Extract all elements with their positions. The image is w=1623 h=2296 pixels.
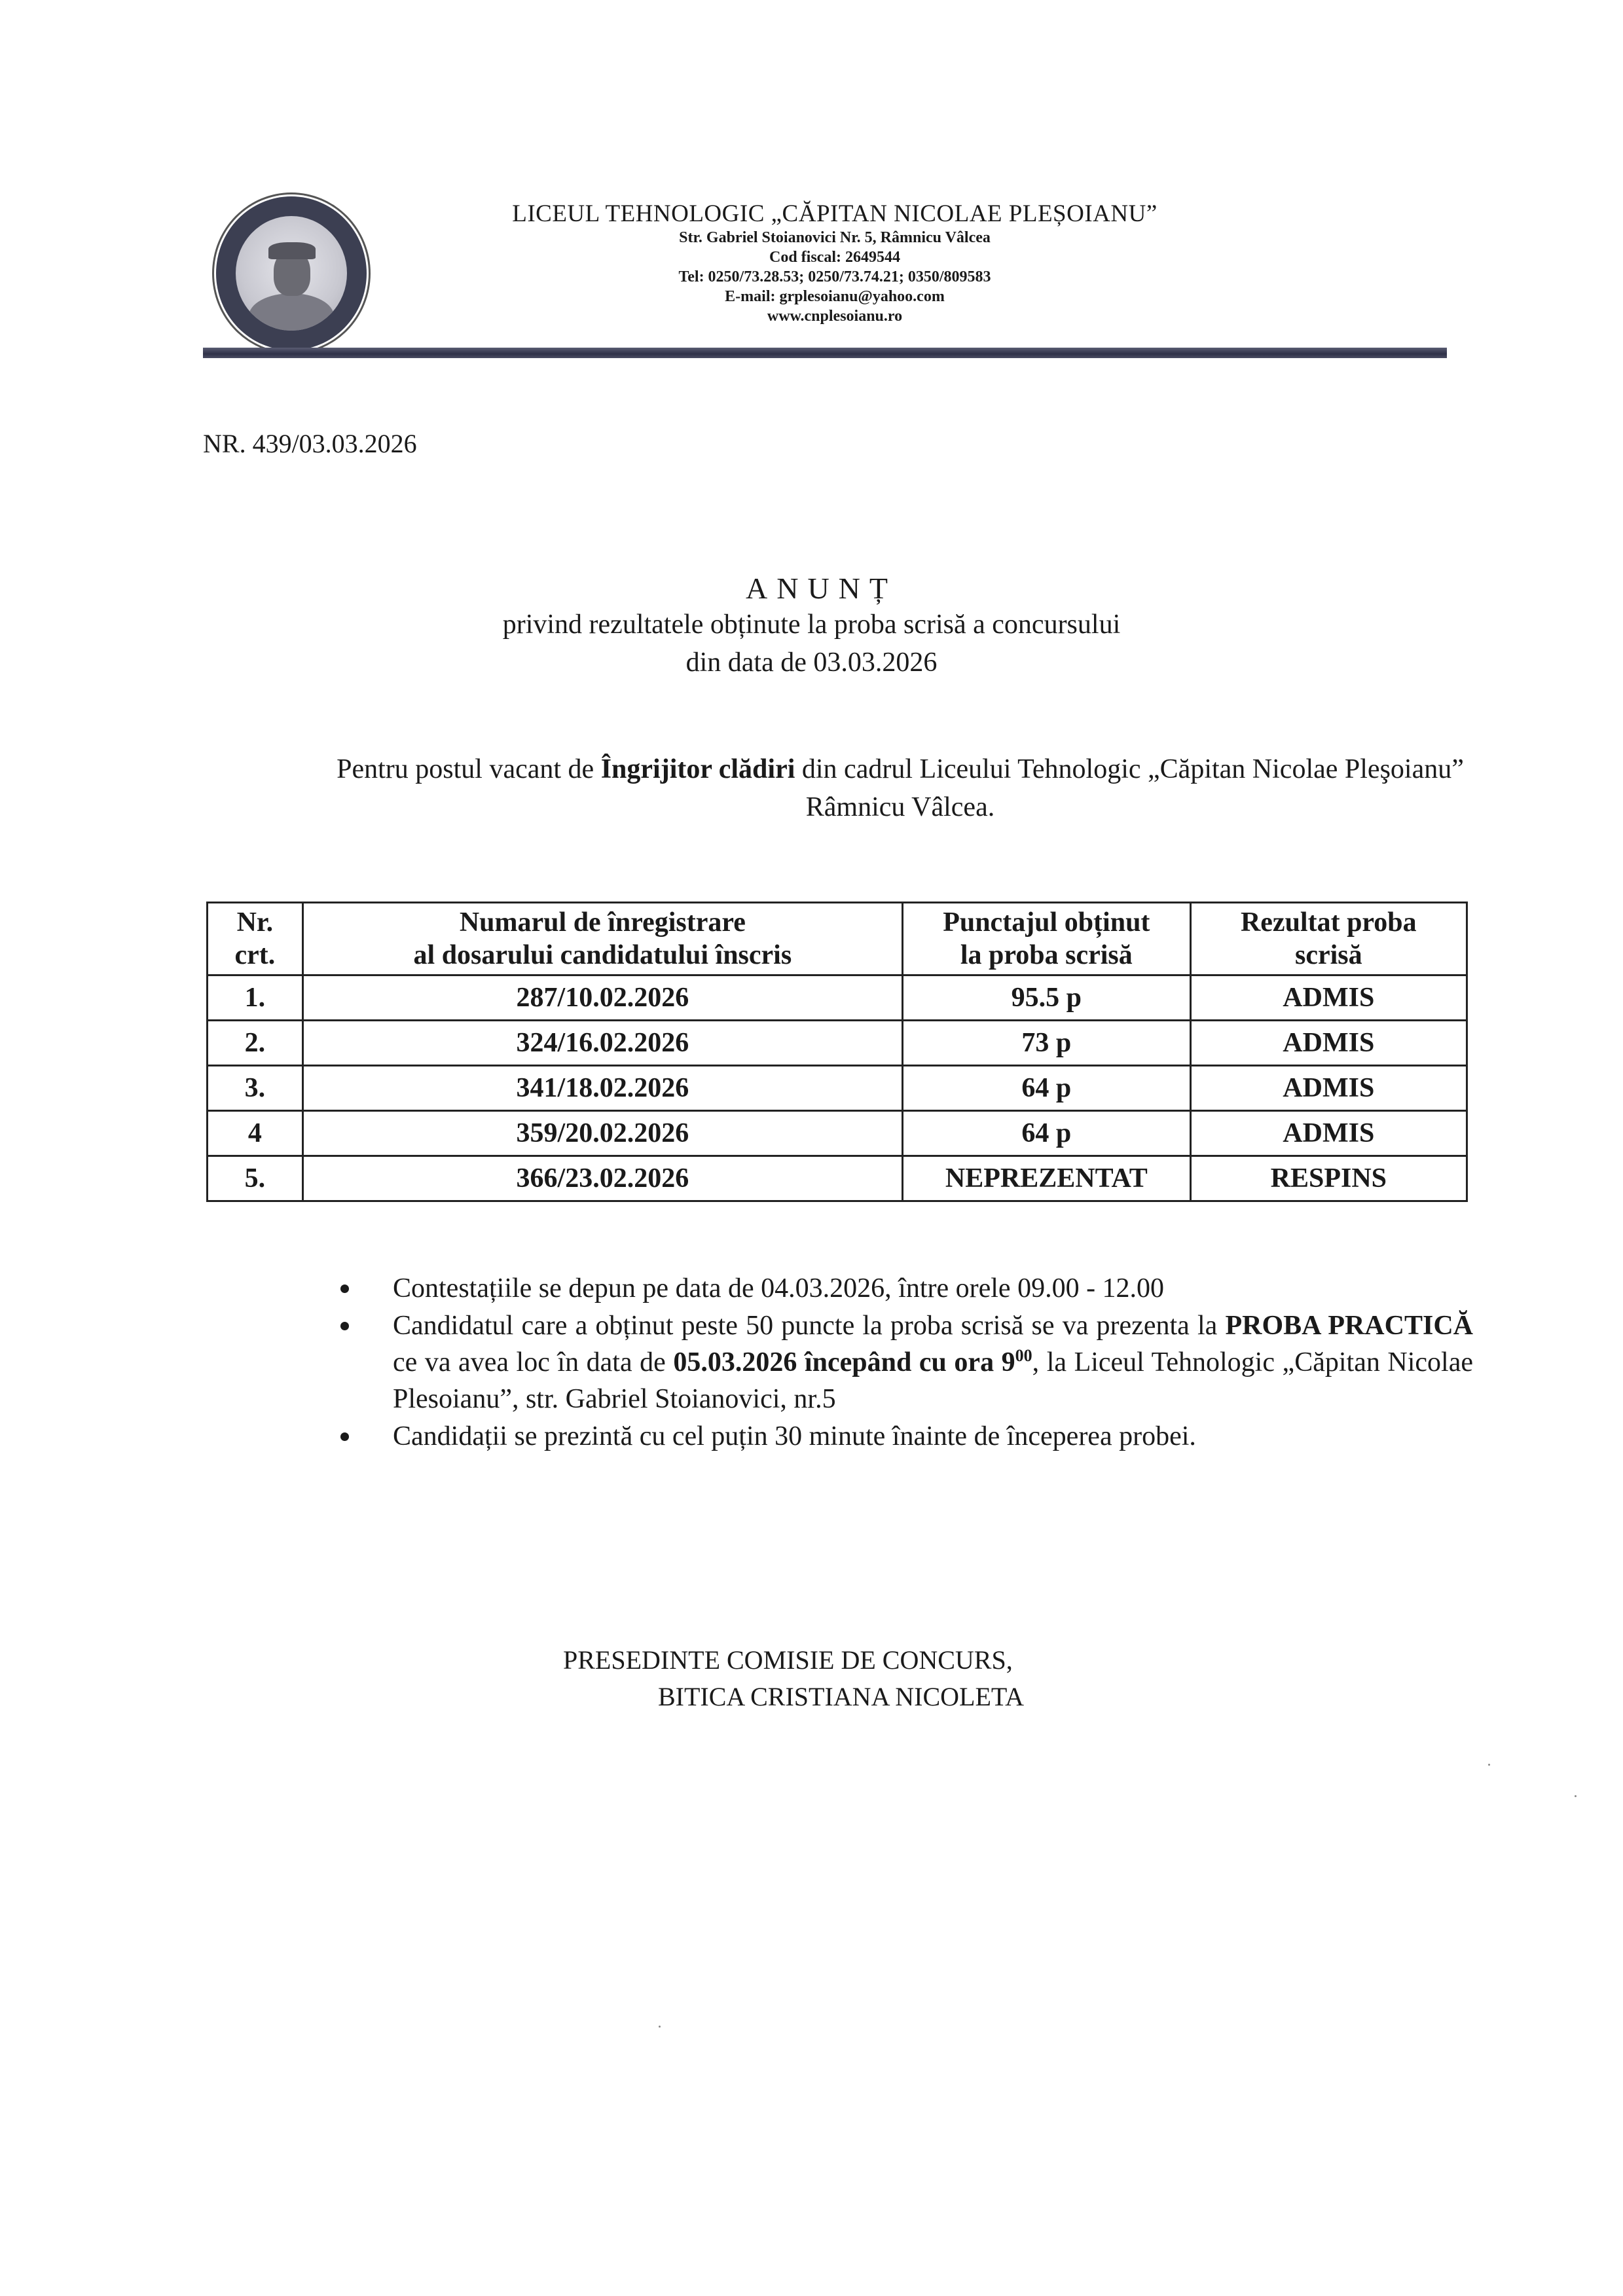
org-website: www.cnplesoianu.ro xyxy=(406,306,1264,326)
cell-registration: 366/23.02.2026 xyxy=(302,1156,902,1201)
letterhead: LICEUL TEHNOLOGIC „CĂPITAN NICOLAE PLEȘO… xyxy=(406,200,1264,326)
header-line: Nr. xyxy=(237,907,274,938)
org-email: E-mail: grplesoianu@yahoo.com xyxy=(406,287,1264,306)
cell-result: ADMIS xyxy=(1190,975,1467,1021)
letterhead-divider xyxy=(203,348,1447,358)
cell-nr: 2. xyxy=(208,1021,303,1066)
cell-nr: 4 xyxy=(208,1111,303,1156)
school-logo-icon xyxy=(216,196,367,350)
portrait-cap xyxy=(268,242,316,259)
table-row: 2. 324/16.02.2026 73 p ADMIS xyxy=(208,1021,1467,1066)
cell-registration: 359/20.02.2026 xyxy=(302,1111,902,1156)
signature-role: PRESEDINTE COMISIE DE CONCURS, xyxy=(563,1645,1013,1675)
header-registration: Numarul de înregistrareal dosarului cand… xyxy=(302,903,902,975)
note-text: Candidații se prezintă cu cel puțin 30 m… xyxy=(393,1421,1196,1451)
cell-result: RESPINS xyxy=(1190,1156,1467,1201)
cell-nr: 1. xyxy=(208,975,303,1021)
cell-nr: 3. xyxy=(208,1066,303,1111)
note-practical-exam: Candidatul care a obținut peste 50 punct… xyxy=(340,1307,1473,1417)
header-line: scrisă xyxy=(1295,940,1362,970)
signature-name: BITICA CRISTIANA NICOLETA xyxy=(658,1681,1024,1712)
document-title: ANUNȚ xyxy=(0,571,1623,606)
intro-prefix: Pentru postul vacant de xyxy=(337,754,601,784)
cell-result: ADMIS xyxy=(1190,1021,1467,1066)
header-line: crt. xyxy=(234,940,275,970)
bullet-icon xyxy=(340,1432,349,1441)
org-phone: Tel: 0250/73.28.53; 0250/73.74.21; 0350/… xyxy=(406,267,1264,287)
header-line: Rezultat proba xyxy=(1241,907,1417,938)
cell-score: NEPREZENTAT xyxy=(902,1156,1190,1201)
cell-registration: 324/16.02.2026 xyxy=(302,1021,902,1066)
header-line: Punctajul obținut xyxy=(943,907,1150,938)
header-line: Numarul de înregistrare xyxy=(460,907,746,938)
note-time-minutes: 00 xyxy=(1015,1346,1032,1365)
cell-nr: 5. xyxy=(208,1156,303,1201)
intro-paragraph: Pentru postul vacant de Îngrijitor clădi… xyxy=(301,750,1499,826)
header-score: Punctajul obținutla proba scrisă xyxy=(902,903,1190,975)
job-title: Îngrijitor clădiri xyxy=(601,754,795,784)
note-arrival: Candidații se prezintă cu cel puțin 30 m… xyxy=(340,1418,1473,1455)
header-result: Rezultat probascrisă xyxy=(1190,903,1467,975)
cell-registration: 287/10.02.2026 xyxy=(302,975,902,1021)
results-table: Nr.crt. Numarul de înregistrareal dosaru… xyxy=(206,902,1468,1202)
note-text: ce va avea loc în data de xyxy=(393,1347,673,1377)
cell-result: ADMIS xyxy=(1190,1111,1467,1156)
cell-result: ADMIS xyxy=(1190,1066,1467,1111)
bullet-icon xyxy=(340,1322,349,1330)
registration-number: NR. 439/03.03.2026 xyxy=(203,428,417,459)
note-bold-exam: PROBA PRACTICĂ xyxy=(1225,1311,1473,1341)
table-row: 4 359/20.02.2026 64 p ADMIS xyxy=(208,1111,1467,1156)
notes-list: Contestațiile se depun pe data de 04.03.… xyxy=(340,1270,1473,1455)
scan-speck xyxy=(659,2026,661,2028)
header-line: al dosarului candidatului înscris xyxy=(414,940,792,970)
table-header-row: Nr.crt. Numarul de înregistrareal dosaru… xyxy=(208,903,1467,975)
header-nr: Nr.crt. xyxy=(208,903,303,975)
cell-score: 64 p xyxy=(902,1066,1190,1111)
note-bold-datetime: 05.03.2026 începând cu ora 900 xyxy=(673,1347,1032,1377)
table-row: 5. 366/23.02.2026 NEPREZENTAT RESPINS xyxy=(208,1156,1467,1201)
portrait-shoulders xyxy=(249,293,334,331)
note-text: Contestațiile se depun pe data de 04.03.… xyxy=(393,1273,1164,1303)
portrait-emblem xyxy=(236,216,347,331)
org-address: Str. Gabriel Stoianovici Nr. 5, Râmnicu … xyxy=(406,228,1264,247)
cell-score: 64 p xyxy=(902,1111,1190,1156)
org-name: LICEUL TEHNOLOGIC „CĂPITAN NICOLAE PLEȘO… xyxy=(406,200,1264,228)
cell-score: 73 p xyxy=(902,1021,1190,1066)
intro-suffix: din cadrul Liceului Tehnologic „Căpitan … xyxy=(795,754,1463,822)
table-row: 3. 341/18.02.2026 64 p ADMIS xyxy=(208,1066,1467,1111)
scan-speck xyxy=(1488,1764,1490,1766)
document-subtitle-date: din data de 03.03.2026 xyxy=(0,647,1623,678)
document-subtitle: privind rezultatele obținute la proba sc… xyxy=(0,609,1623,640)
bullet-icon xyxy=(340,1285,349,1293)
note-datetime: 05.03.2026 începând cu ora 9 xyxy=(673,1347,1015,1377)
note-appeals: Contestațiile se depun pe data de 04.03.… xyxy=(340,1270,1473,1307)
note-text: Candidatul care a obținut peste 50 punct… xyxy=(393,1311,1225,1341)
table-row: 1. 287/10.02.2026 95.5 p ADMIS xyxy=(208,975,1467,1021)
cell-score: 95.5 p xyxy=(902,975,1190,1021)
cell-registration: 341/18.02.2026 xyxy=(302,1066,902,1111)
header-line: la proba scrisă xyxy=(960,940,1133,970)
scan-speck xyxy=(1575,1795,1577,1797)
org-fiscal-code: Cod fiscal: 2649544 xyxy=(406,247,1264,267)
